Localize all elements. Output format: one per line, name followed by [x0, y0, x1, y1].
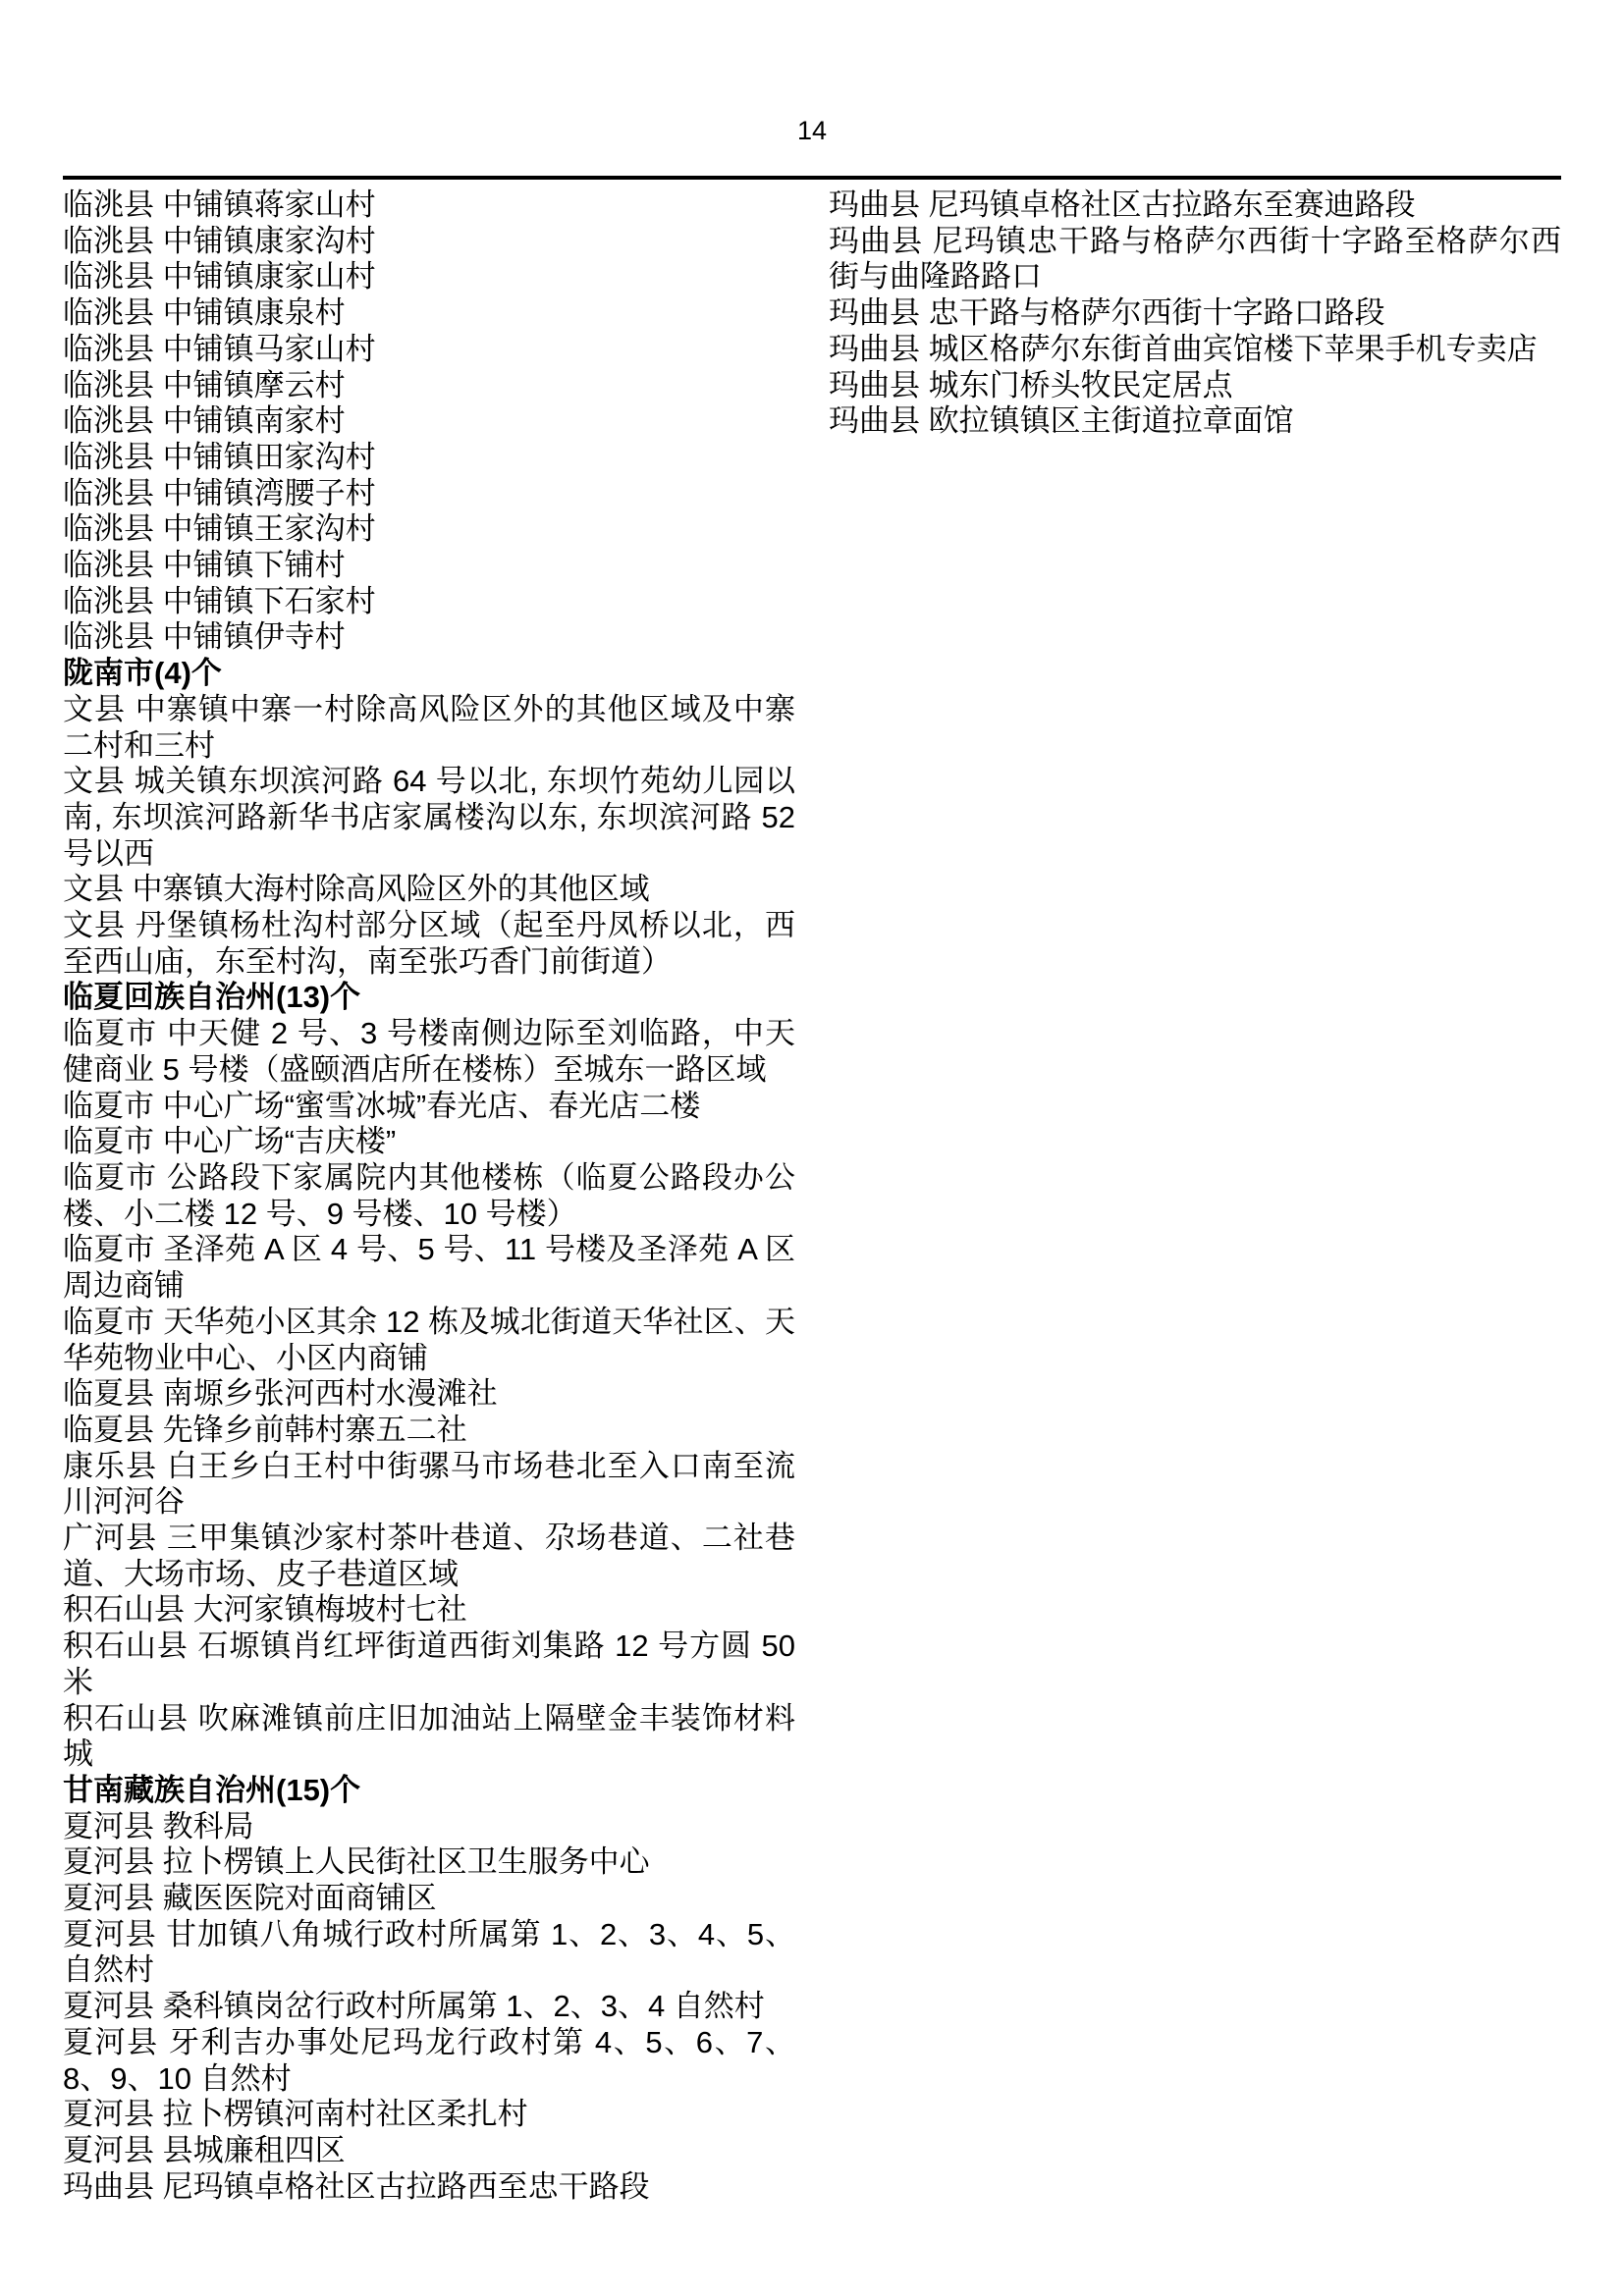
- region-entry: 临夏市 中心广场“蜜雪冰城”春光店、春光店二楼: [63, 1089, 795, 1125]
- section-header: 甘南藏族自治州(15)个: [63, 1773, 795, 1809]
- region-entry: 康乐县 白王乡白王村中街骡马市场巷北至入口南至流川河河谷: [63, 1449, 795, 1521]
- region-entry: 夏河县 教科局: [63, 1809, 795, 1845]
- region-entry: 玛曲县 城东门桥头牧民定居点: [829, 368, 1561, 404]
- region-entry: 夏河县 县城廉租四区: [63, 2133, 795, 2169]
- region-entry: 积石山县 石塬镇肖红坪街道西街刘集路 12 号方圆 50 米: [63, 1629, 795, 1700]
- region-entry: 积石山县 吹麻滩镇前庄旧加油站上隔壁金丰装饰材料城: [63, 1701, 795, 1773]
- two-column-text: 临洮县 中铺镇蒋家山村临洮县 中铺镇康家沟村临洮县 中铺镇康家山村临洮县 中铺镇…: [63, 187, 1561, 2205]
- region-entry: 夏河县 甘加镇八角城行政村所属第 1、2、3、4、5、自然村: [63, 1917, 795, 1989]
- region-entry: 临洮县 中铺镇下石家村: [63, 584, 795, 620]
- region-entry: 玛曲县 城区格萨尔东街首曲宾馆楼下苹果手机专卖店: [829, 332, 1561, 368]
- region-entry: 夏河县 拉卜楞镇河南村社区柔扎村: [63, 2097, 795, 2133]
- region-entry: 临夏市 圣泽苑 A 区 4 号、5 号、11 号楼及圣泽苑 A 区周边商铺: [63, 1232, 795, 1304]
- right-column: 玛曲县 尼玛镇卓格社区古拉路东至赛迪路段玛曲县 尼玛镇忠干路与格萨尔西街十字路至…: [829, 187, 1561, 2205]
- region-entry: 玛曲县 尼玛镇卓格社区古拉路西至忠干路段: [63, 2169, 795, 2206]
- region-entry: 临夏市 天华苑小区其余 12 栋及城北街道天华社区、天华苑物业中心、小区内商铺: [63, 1305, 795, 1376]
- region-entry: 临洮县 中铺镇王家沟村: [63, 511, 795, 548]
- region-entry: 文县 中寨镇大海村除高风险区外的其他区域: [63, 872, 795, 908]
- region-entry: 临洮县 中铺镇康泉村: [63, 295, 795, 332]
- region-entry: 临洮县 中铺镇下铺村: [63, 548, 795, 584]
- region-entry: 临洮县 中铺镇康家沟村: [63, 224, 795, 260]
- region-entry: 临夏市 公路段下家属院内其他楼栋（临夏公路段办公楼、小二楼 12 号、9 号楼、…: [63, 1160, 795, 1232]
- region-entry: 临洮县 中铺镇湾腰子村: [63, 476, 795, 512]
- region-entry: 临夏县 南塬乡张河西村水漫滩社: [63, 1376, 795, 1413]
- region-entry: 临洮县 中铺镇马家山村: [63, 332, 795, 368]
- page-number: 14: [0, 0, 1624, 145]
- region-entry: 玛曲县 忠干路与格萨尔西街十字路口路段: [829, 295, 1561, 332]
- document-page: 14 临洮县 中铺镇蒋家山村临洮县 中铺镇康家沟村临洮县 中铺镇康家山村临洮县 …: [0, 0, 1624, 2205]
- region-entry: 夏河县 桑科镇岗岔行政村所属第 1、2、3、4 自然村: [63, 1989, 795, 2025]
- region-entry: 文县 丹堡镇杨杜沟村部分区域（起至丹凤桥以北，西至西山庙，东至村沟，南至张巧香门…: [63, 908, 795, 980]
- region-entry: 临洮县 中铺镇康家山村: [63, 259, 795, 295]
- region-entry: 文县 中寨镇中寨一村除高风险区外的其他区域及中寨二村和三村: [63, 692, 795, 764]
- region-entry: 临夏市 中天健 2 号、3 号楼南侧边际至刘临路，中天健商业 5 号楼（盛颐酒店…: [63, 1016, 795, 1088]
- region-entry: 临洮县 中铺镇田家沟村: [63, 440, 795, 476]
- region-entry: 临夏市 中心广场“吉庆楼”: [63, 1124, 795, 1160]
- region-entry: 广河县 三甲集镇沙家村茶叶巷道、尕场巷道、二社巷道、大场市场、皮子巷道区域: [63, 1521, 795, 1592]
- section-header: 陇南市(4)个: [63, 656, 795, 692]
- left-column: 临洮县 中铺镇蒋家山村临洮县 中铺镇康家沟村临洮县 中铺镇康家山村临洮县 中铺镇…: [63, 187, 795, 2205]
- header-rule: [63, 176, 1561, 180]
- region-entry: 夏河县 藏医医院对面商铺区: [63, 1881, 795, 1917]
- region-entry: 临洮县 中铺镇南家村: [63, 403, 795, 440]
- region-entry: 临洮县 中铺镇伊寺村: [63, 619, 795, 656]
- region-entry: 夏河县 拉卜楞镇上人民街社区卫生服务中心: [63, 1844, 795, 1881]
- region-entry: 玛曲县 尼玛镇忠干路与格萨尔西街十字路至格萨尔西街与曲隆路路口: [829, 224, 1561, 295]
- region-entry: 临夏县 先锋乡前韩村寨五二社: [63, 1413, 795, 1449]
- region-entry: 文县 城关镇东坝滨河路 64 号以北, 东坝竹苑幼儿园以南, 东坝滨河路新华书店…: [63, 764, 795, 872]
- region-entry: 玛曲县 尼玛镇卓格社区古拉路东至赛迪路段: [829, 187, 1561, 224]
- section-header: 临夏回族自治州(13)个: [63, 980, 795, 1016]
- region-entry: 玛曲县 欧拉镇镇区主街道拉章面馆: [829, 403, 1561, 440]
- region-entry: 夏河县 牙利吉办事处尼玛龙行政村第 4、5、6、7、8、9、10 自然村: [63, 2025, 795, 2097]
- region-entry: 临洮县 中铺镇蒋家山村: [63, 187, 795, 224]
- region-entry: 临洮县 中铺镇摩云村: [63, 368, 795, 404]
- region-entry: 积石山县 大河家镇梅坡村七社: [63, 1592, 795, 1629]
